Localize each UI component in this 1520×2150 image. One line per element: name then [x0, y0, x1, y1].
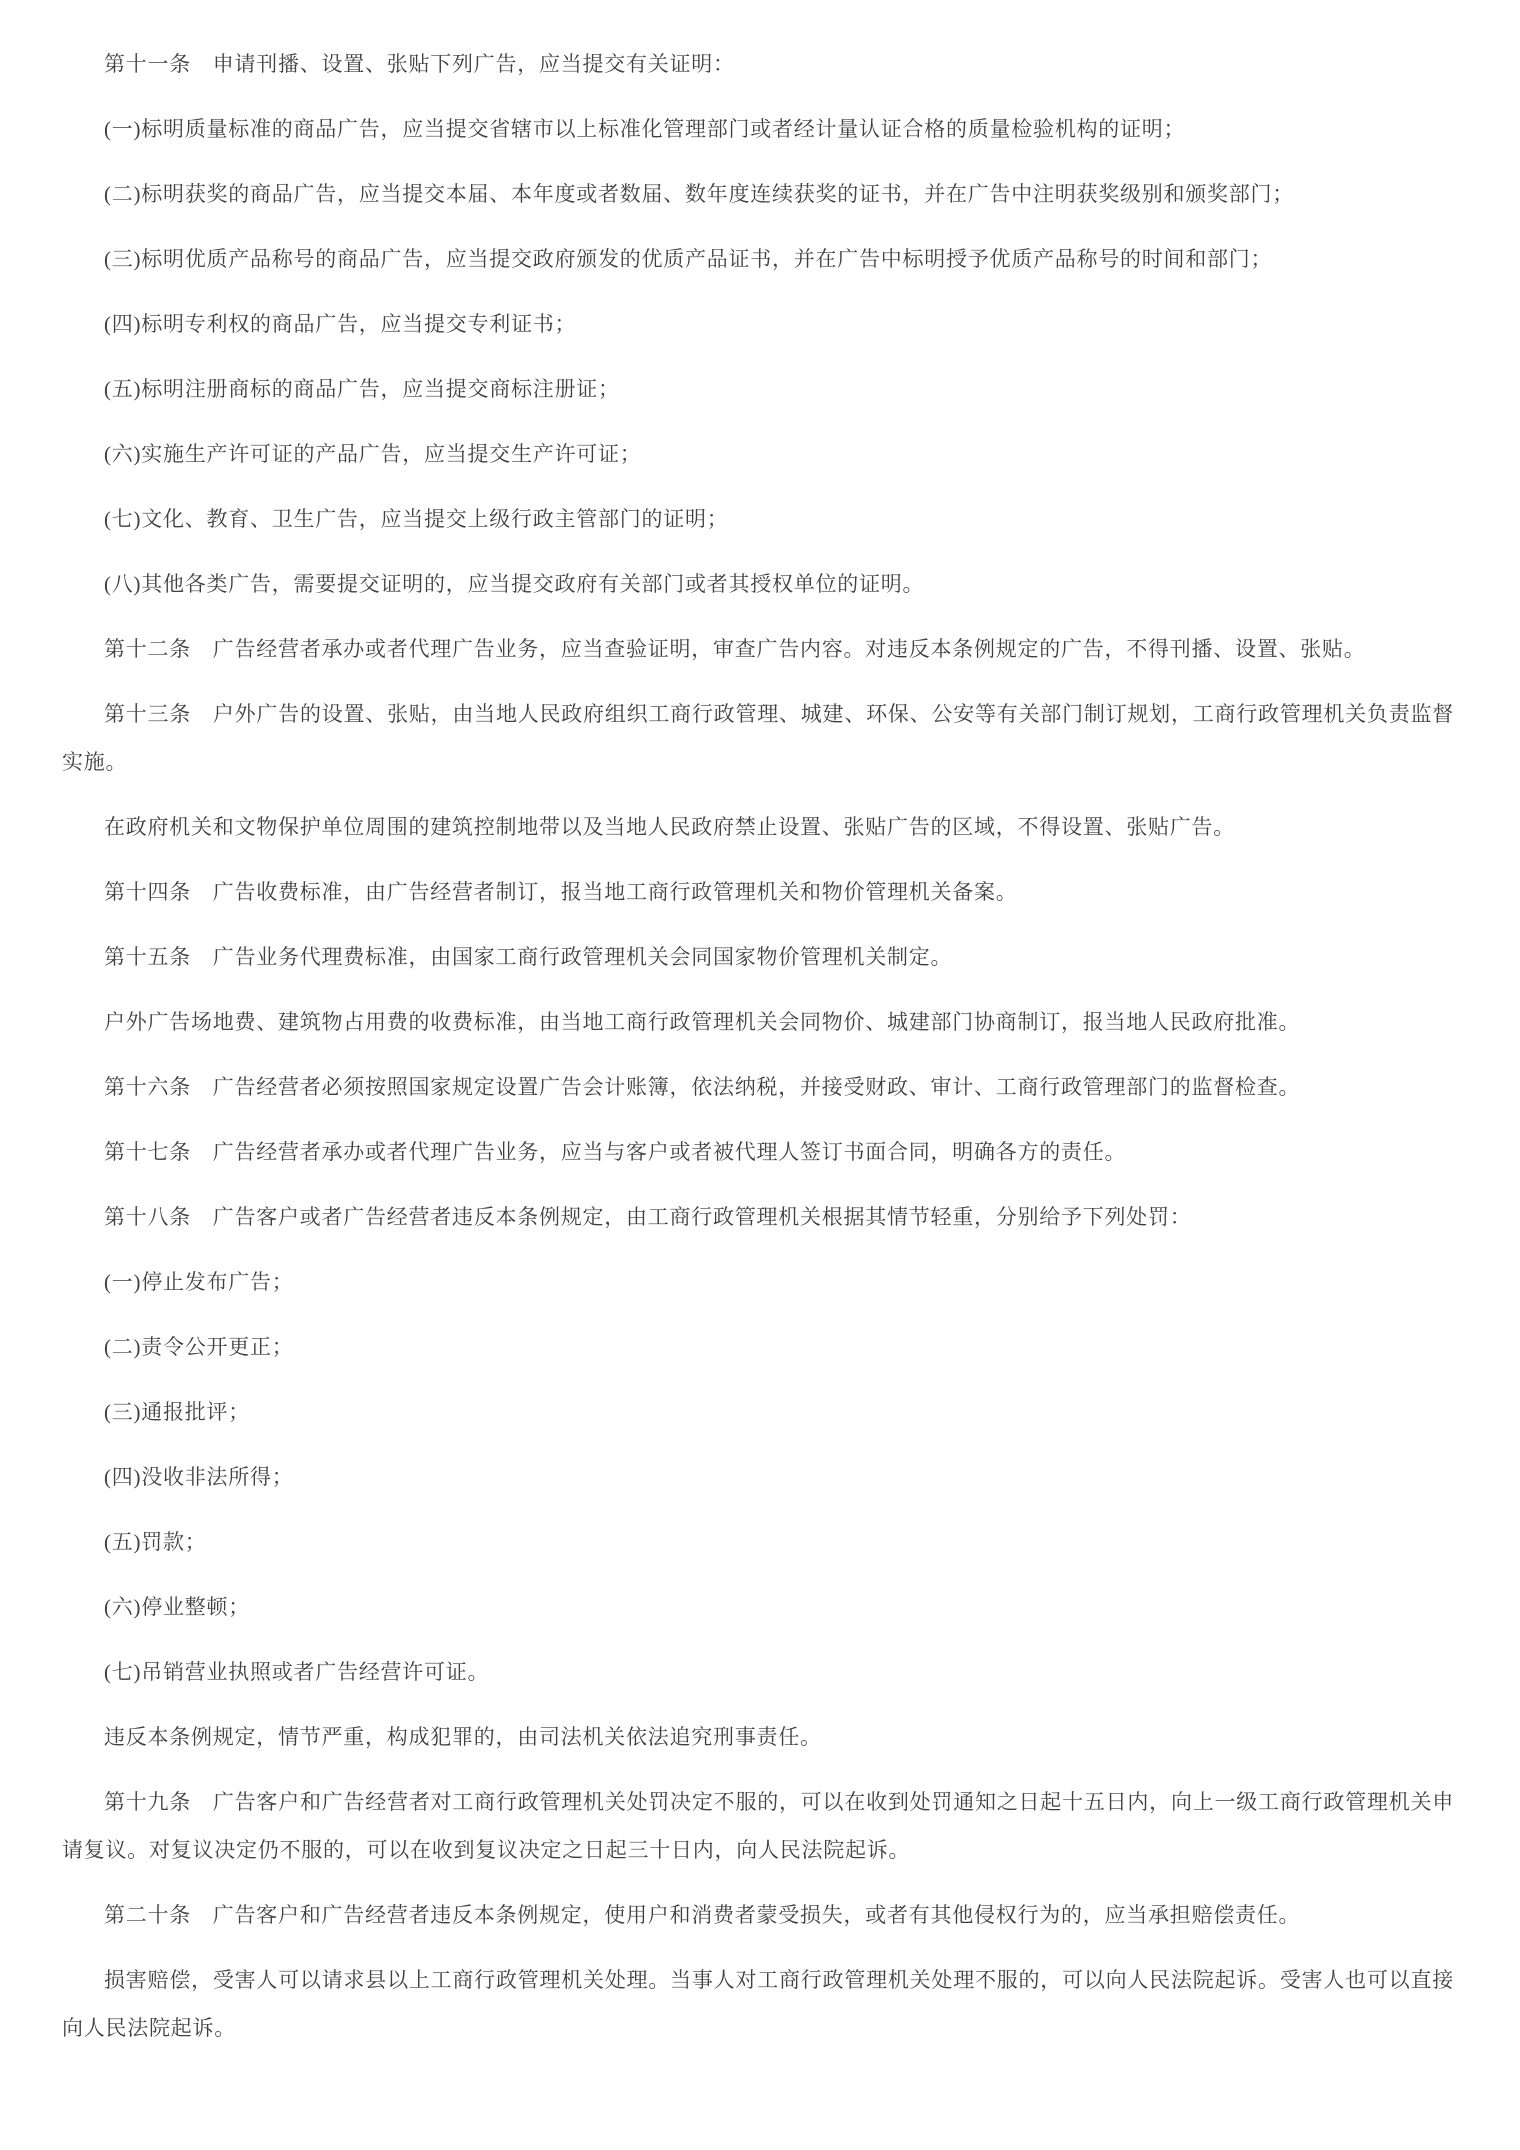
paragraph-article-18-item-4: (四)没收非法所得；: [62, 1453, 1454, 1501]
paragraph-article-18-item-2: (二)责令公开更正；: [62, 1323, 1454, 1371]
paragraph-article-15: 第十五条 广告业务代理费标准，由国家工商行政管理机关会同国家物价管理机关制定。: [62, 933, 1454, 981]
paragraph-article-20-cont: 损害赔偿，受害人可以请求县以上工商行政管理机关处理。当事人对工商行政管理机关处理…: [62, 1956, 1454, 2052]
paragraph-article-18-item-1: (一)停止发布广告；: [62, 1258, 1454, 1306]
paragraph-article-20: 第二十条 广告客户和广告经营者违反本条例规定，使用户和消费者蒙受损失，或者有其他…: [62, 1891, 1454, 1939]
paragraph-article-11-item-1: (一)标明质量标准的商品广告，应当提交省辖市以上标准化管理部门或者经计量认证合格…: [62, 105, 1454, 153]
paragraph-article-11-item-4: (四)标明专利权的商品广告，应当提交专利证书；: [62, 300, 1454, 348]
paragraph-article-17: 第十七条 广告经营者承办或者代理广告业务，应当与客户或者被代理人签订书面合同，明…: [62, 1128, 1454, 1176]
paragraph-article-19: 第十九条 广告客户和广告经营者对工商行政管理机关处罚决定不服的，可以在收到处罚通…: [62, 1778, 1454, 1874]
paragraph-article-18-item-5: (五)罚款；: [62, 1518, 1454, 1566]
paragraph-article-16: 第十六条 广告经营者必须按照国家规定设置广告会计账簿，依法纳税，并接受财政、审计…: [62, 1063, 1454, 1111]
paragraph-article-11-item-8: (八)其他各类广告，需要提交证明的，应当提交政府有关部门或者其授权单位的证明。: [62, 560, 1454, 608]
document-page: 第十一条 申请刊播、设置、张贴下列广告，应当提交有关证明： (一)标明质量标准的…: [0, 0, 1520, 2150]
paragraph-article-15-cont: 户外广告场地费、建筑物占用费的收费标准，由当地工商行政管理机关会同物价、城建部门…: [62, 998, 1454, 1046]
paragraph-article-18-item-7: (七)吊销营业执照或者广告经营许可证。: [62, 1648, 1454, 1696]
paragraph-article-18-item-6: (六)停业整顿；: [62, 1583, 1454, 1631]
paragraph-article-18-cont: 违反本条例规定，情节严重，构成犯罪的，由司法机关依法追究刑事责任。: [62, 1713, 1454, 1761]
paragraph-article-14: 第十四条 广告收费标准，由广告经营者制订，报当地工商行政管理机关和物价管理机关备…: [62, 868, 1454, 916]
paragraph-article-11-item-7: (七)文化、教育、卫生广告，应当提交上级行政主管部门的证明；: [62, 495, 1454, 543]
paragraph-article-18: 第十八条 广告客户或者广告经营者违反本条例规定，由工商行政管理机关根据其情节轻重…: [62, 1193, 1454, 1241]
paragraph-article-11-item-6: (六)实施生产许可证的产品广告，应当提交生产许可证；: [62, 430, 1454, 478]
paragraph-article-13: 第十三条 户外广告的设置、张贴，由当地人民政府组织工商行政管理、城建、环保、公安…: [62, 690, 1454, 786]
regulation-text-body: 第十一条 申请刊播、设置、张贴下列广告，应当提交有关证明： (一)标明质量标准的…: [62, 40, 1454, 2052]
paragraph-article-13-cont: 在政府机关和文物保护单位周围的建筑控制地带以及当地人民政府禁止设置、张贴广告的区…: [62, 803, 1454, 851]
paragraph-article-11-item-5: (五)标明注册商标的商品广告，应当提交商标注册证；: [62, 365, 1454, 413]
paragraph-article-18-item-3: (三)通报批评；: [62, 1388, 1454, 1436]
paragraph-article-11: 第十一条 申请刊播、设置、张贴下列广告，应当提交有关证明：: [62, 40, 1454, 88]
paragraph-article-11-item-3: (三)标明优质产品称号的商品广告，应当提交政府颁发的优质产品证书，并在广告中标明…: [62, 235, 1454, 283]
paragraph-article-12: 第十二条 广告经营者承办或者代理广告业务，应当查验证明，审查广告内容。对违反本条…: [62, 625, 1454, 673]
paragraph-article-11-item-2: (二)标明获奖的商品广告，应当提交本届、本年度或者数届、数年度连续获奖的证书，并…: [62, 170, 1454, 218]
